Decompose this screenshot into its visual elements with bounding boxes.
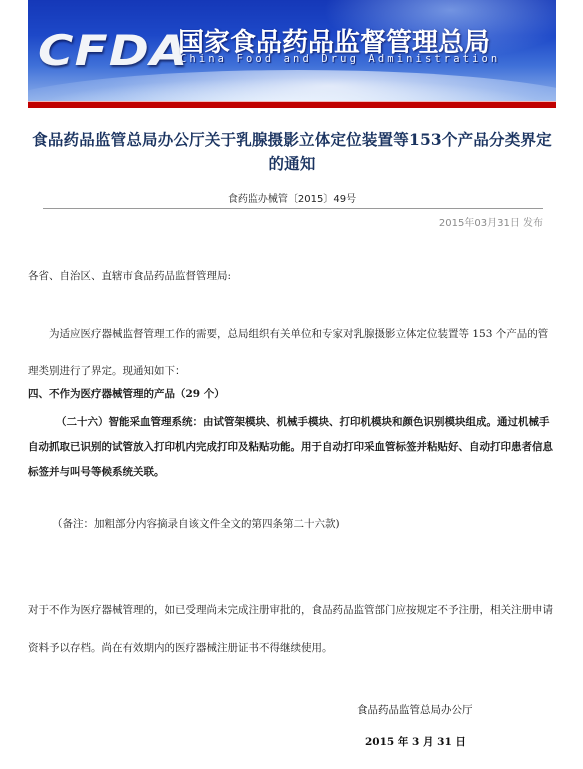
publish-date: 2015年03月31日 发布	[439, 214, 543, 229]
item-26-paragraph: （二十六）智能采血管理系统：由试管架模块、机械手模块、打印机模块和颜色识别模块组…	[28, 410, 558, 485]
divider	[43, 208, 543, 209]
signature-organization: 食品药品监管总局办公厅	[357, 702, 473, 717]
document-number: 食药监办械管〔2015〕49号	[28, 190, 556, 205]
signature-date: 2015 年 3 月 31 日	[365, 734, 466, 749]
salutation: 各省、自治区、直辖市食品药品监督管理局:	[28, 268, 558, 283]
note: （备注：加粗部分内容摘录自该文件全文的第四条第二十六款)	[52, 516, 582, 531]
agency-name-en: China Food and Drug Administration	[180, 53, 500, 65]
article-title: 食品药品监管总局办公厅关于乳腺摄影立体定位装置等153个产品分类界定的通知	[28, 128, 556, 176]
cfda-logo: CFDA	[38, 26, 189, 75]
section-heading: 四、不作为医疗器械管理的产品（29 个）	[28, 386, 558, 401]
intro-paragraph: 为适应医疗器械监督管理工作的需要，总局组织有关单位和专家对乳腺摄影立体定位装置等…	[28, 316, 558, 390]
closing-paragraph: 对于不作为医疗器械管理的，如已受理尚未完成注册审批的，食品药品监管部门应按规定不…	[28, 591, 558, 667]
site-banner: CFDA 国家食品药品监督管理总局 China Food and Drug Ad…	[28, 0, 556, 108]
banner-red-bar	[28, 101, 556, 108]
